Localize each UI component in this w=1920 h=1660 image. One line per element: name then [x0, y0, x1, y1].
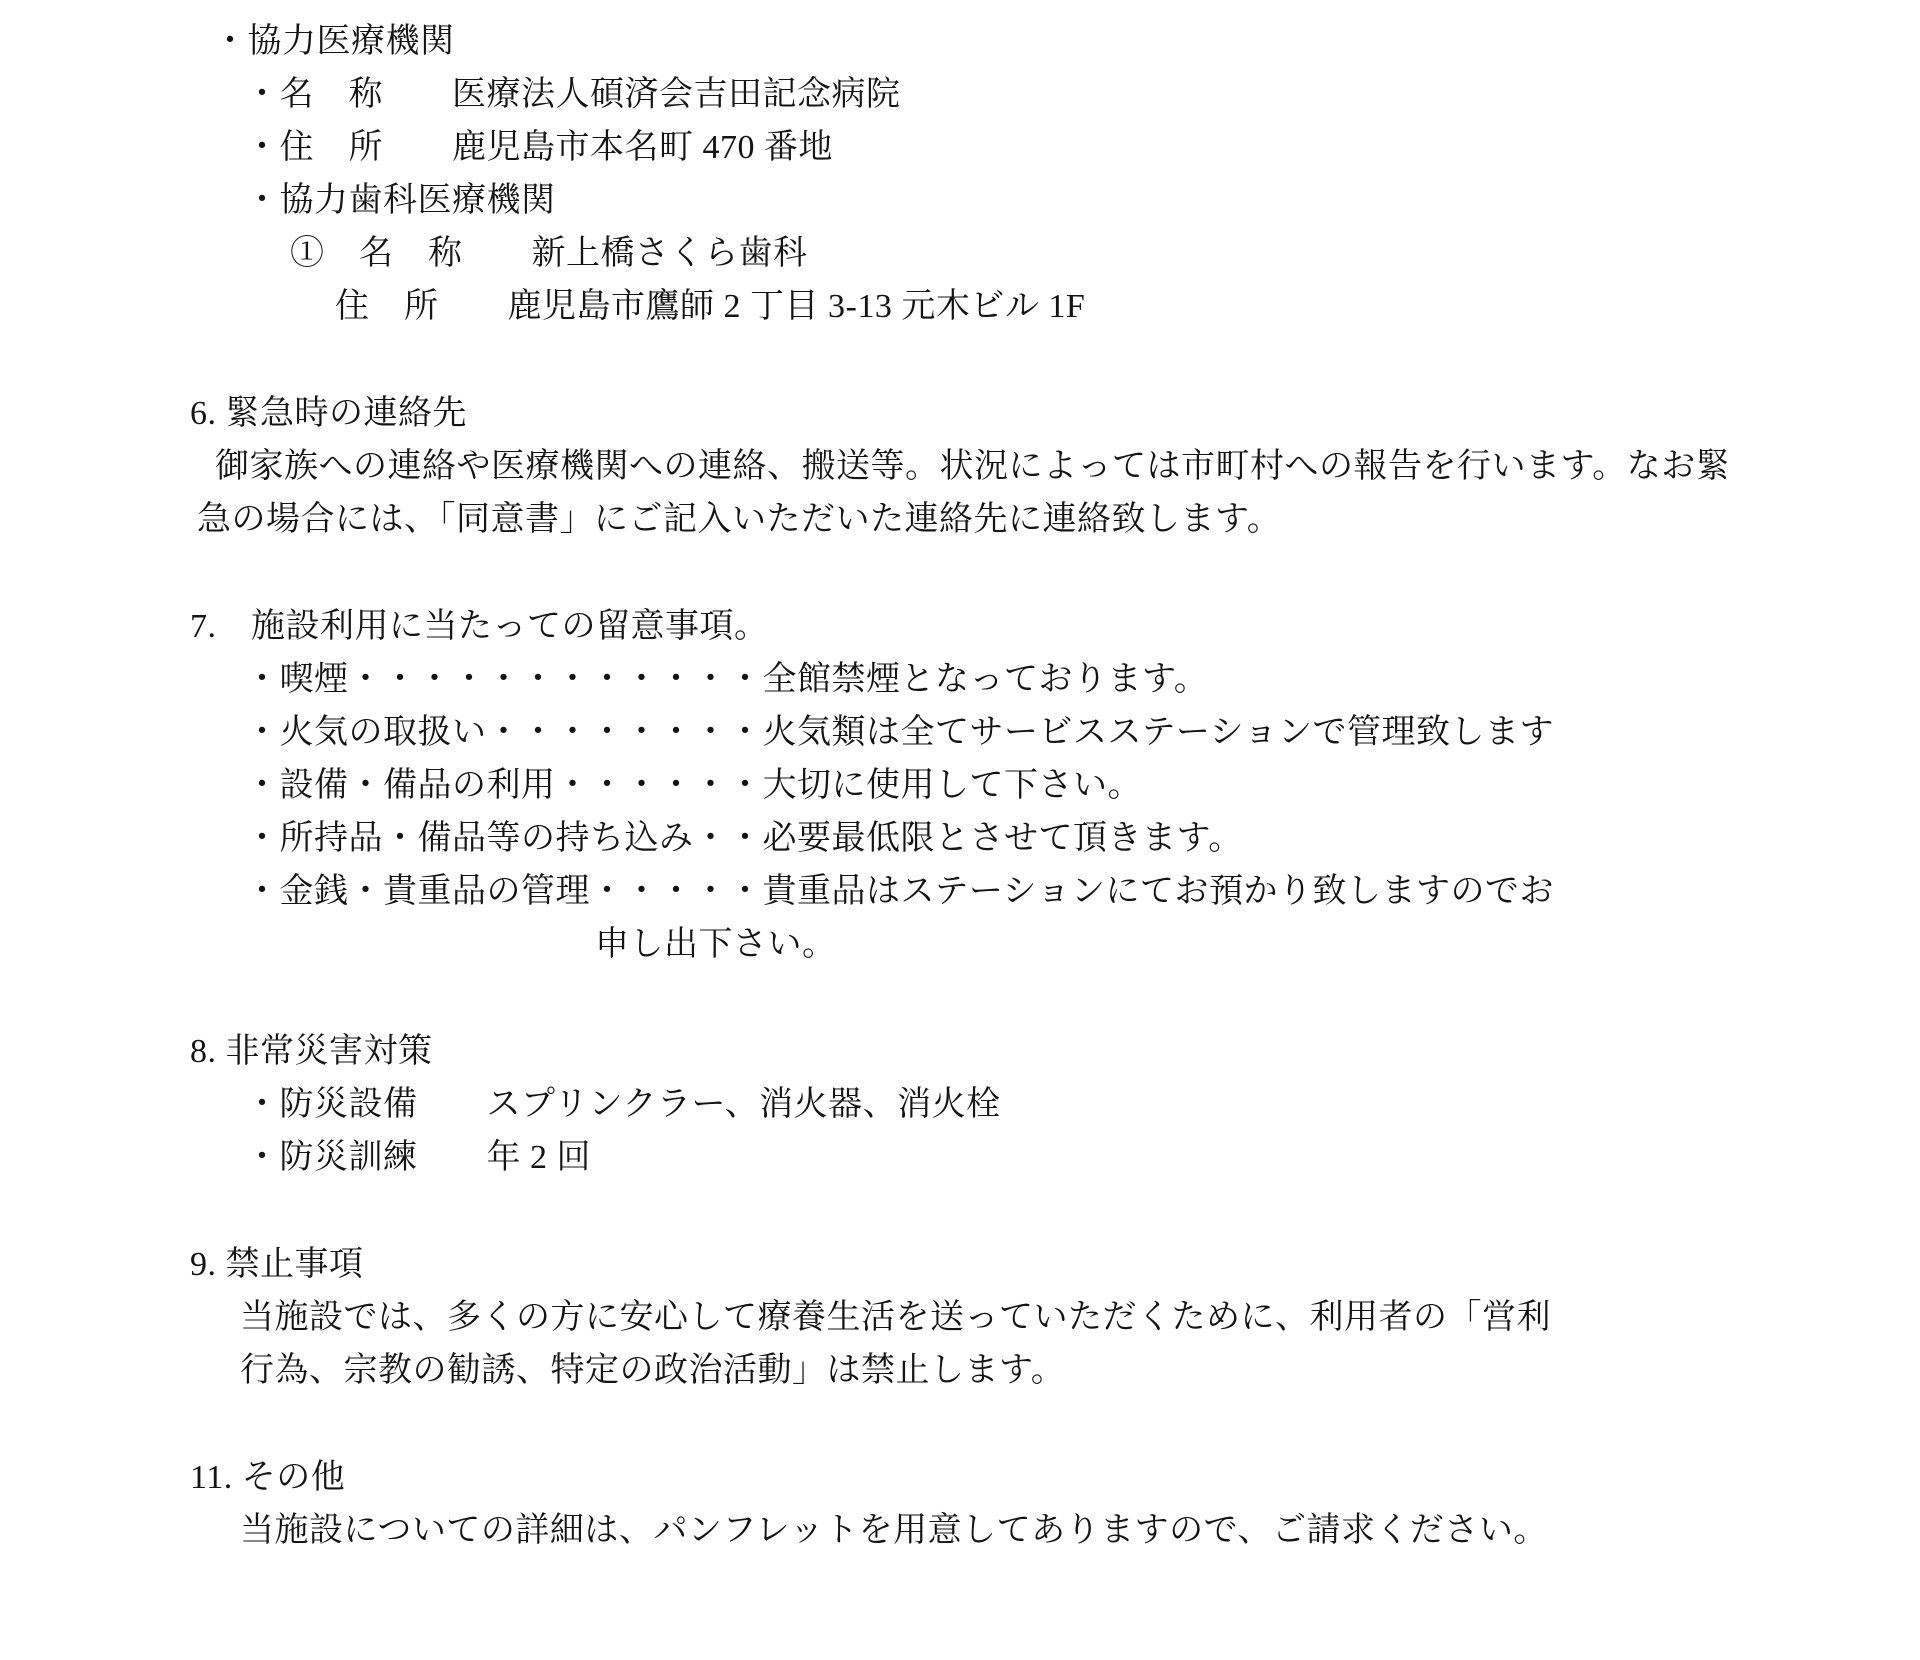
coop-dental-address: 住 所 鹿児島市鷹師 2 丁目 3-13 元木ビル 1F	[335, 280, 1920, 333]
section7-heading: 7. 施設利用に当たっての留意事項。	[190, 600, 1920, 653]
section7-item-belongings: ・所持品・備品等の持ち込み・・必要最低限とさせて頂きます。	[245, 812, 1920, 865]
coop-medical-header: ・協力医療機関	[213, 15, 1920, 68]
section6-body-line1: 御家族への連絡や医療機関への連絡、搬送等。状況によっては市町村への報告を行います…	[215, 440, 1920, 493]
section9-heading: 9. 禁止事項	[190, 1238, 1920, 1291]
section7-item-smoking: ・喫煙・・・・・・・・・・・・全館禁煙となっております。	[245, 653, 1920, 706]
coop-medical-name: ・名 称 医療法人碩済会吉田記念病院	[245, 68, 1920, 121]
section9-body-line1: 当施設では、多くの方に安心して療養生活を送っていただくために、利用者の「営利	[240, 1291, 1920, 1344]
section7-item-equipment-use: ・設備・備品の利用・・・・・・大切に使用して下さい。	[245, 759, 1920, 812]
section11-heading: 11. その他	[190, 1451, 1920, 1504]
section7-item-valuables-continuation: 申し出下さい。	[595, 918, 1920, 971]
section8-drill: ・防災訓練 年 2 回	[245, 1131, 1920, 1184]
coop-medical-address: ・住 所 鹿児島市本名町 470 番地	[245, 121, 1920, 174]
document-page: ・協力医療機関 ・名 称 医療法人碩済会吉田記念病院 ・住 所 鹿児島市本名町 …	[0, 0, 1920, 1660]
section7-item-fire: ・火気の取扱い・・・・・・・・火気類は全てサービスステーションで管理致します	[245, 706, 1920, 759]
section11-body-line1: 当施設についての詳細は、パンフレットを用意してありますので、ご請求ください。	[240, 1504, 1920, 1557]
section6-body-line2: 急の場合には、「同意書」にご記入いただいた連絡先に連絡致します。	[197, 493, 1920, 546]
section8-heading: 8. 非常災害対策	[190, 1025, 1920, 1078]
coop-dental-header: ・協力歯科医療機関	[245, 174, 1920, 227]
section9-body-line2: 行為、宗教の勧誘、特定の政治活動」は禁止します。	[240, 1344, 1920, 1397]
section7-item-valuables: ・金銭・貴重品の管理・・・・・貴重品はステーションにてお預かり致しますのでお	[245, 865, 1920, 918]
section8-equipment: ・防災設備 スプリンクラー、消火器、消火栓	[245, 1078, 1920, 1131]
coop-dental-name: ① 名 称 新上橋さくら歯科	[290, 227, 1920, 280]
section6-heading: 6. 緊急時の連絡先	[190, 387, 1920, 440]
